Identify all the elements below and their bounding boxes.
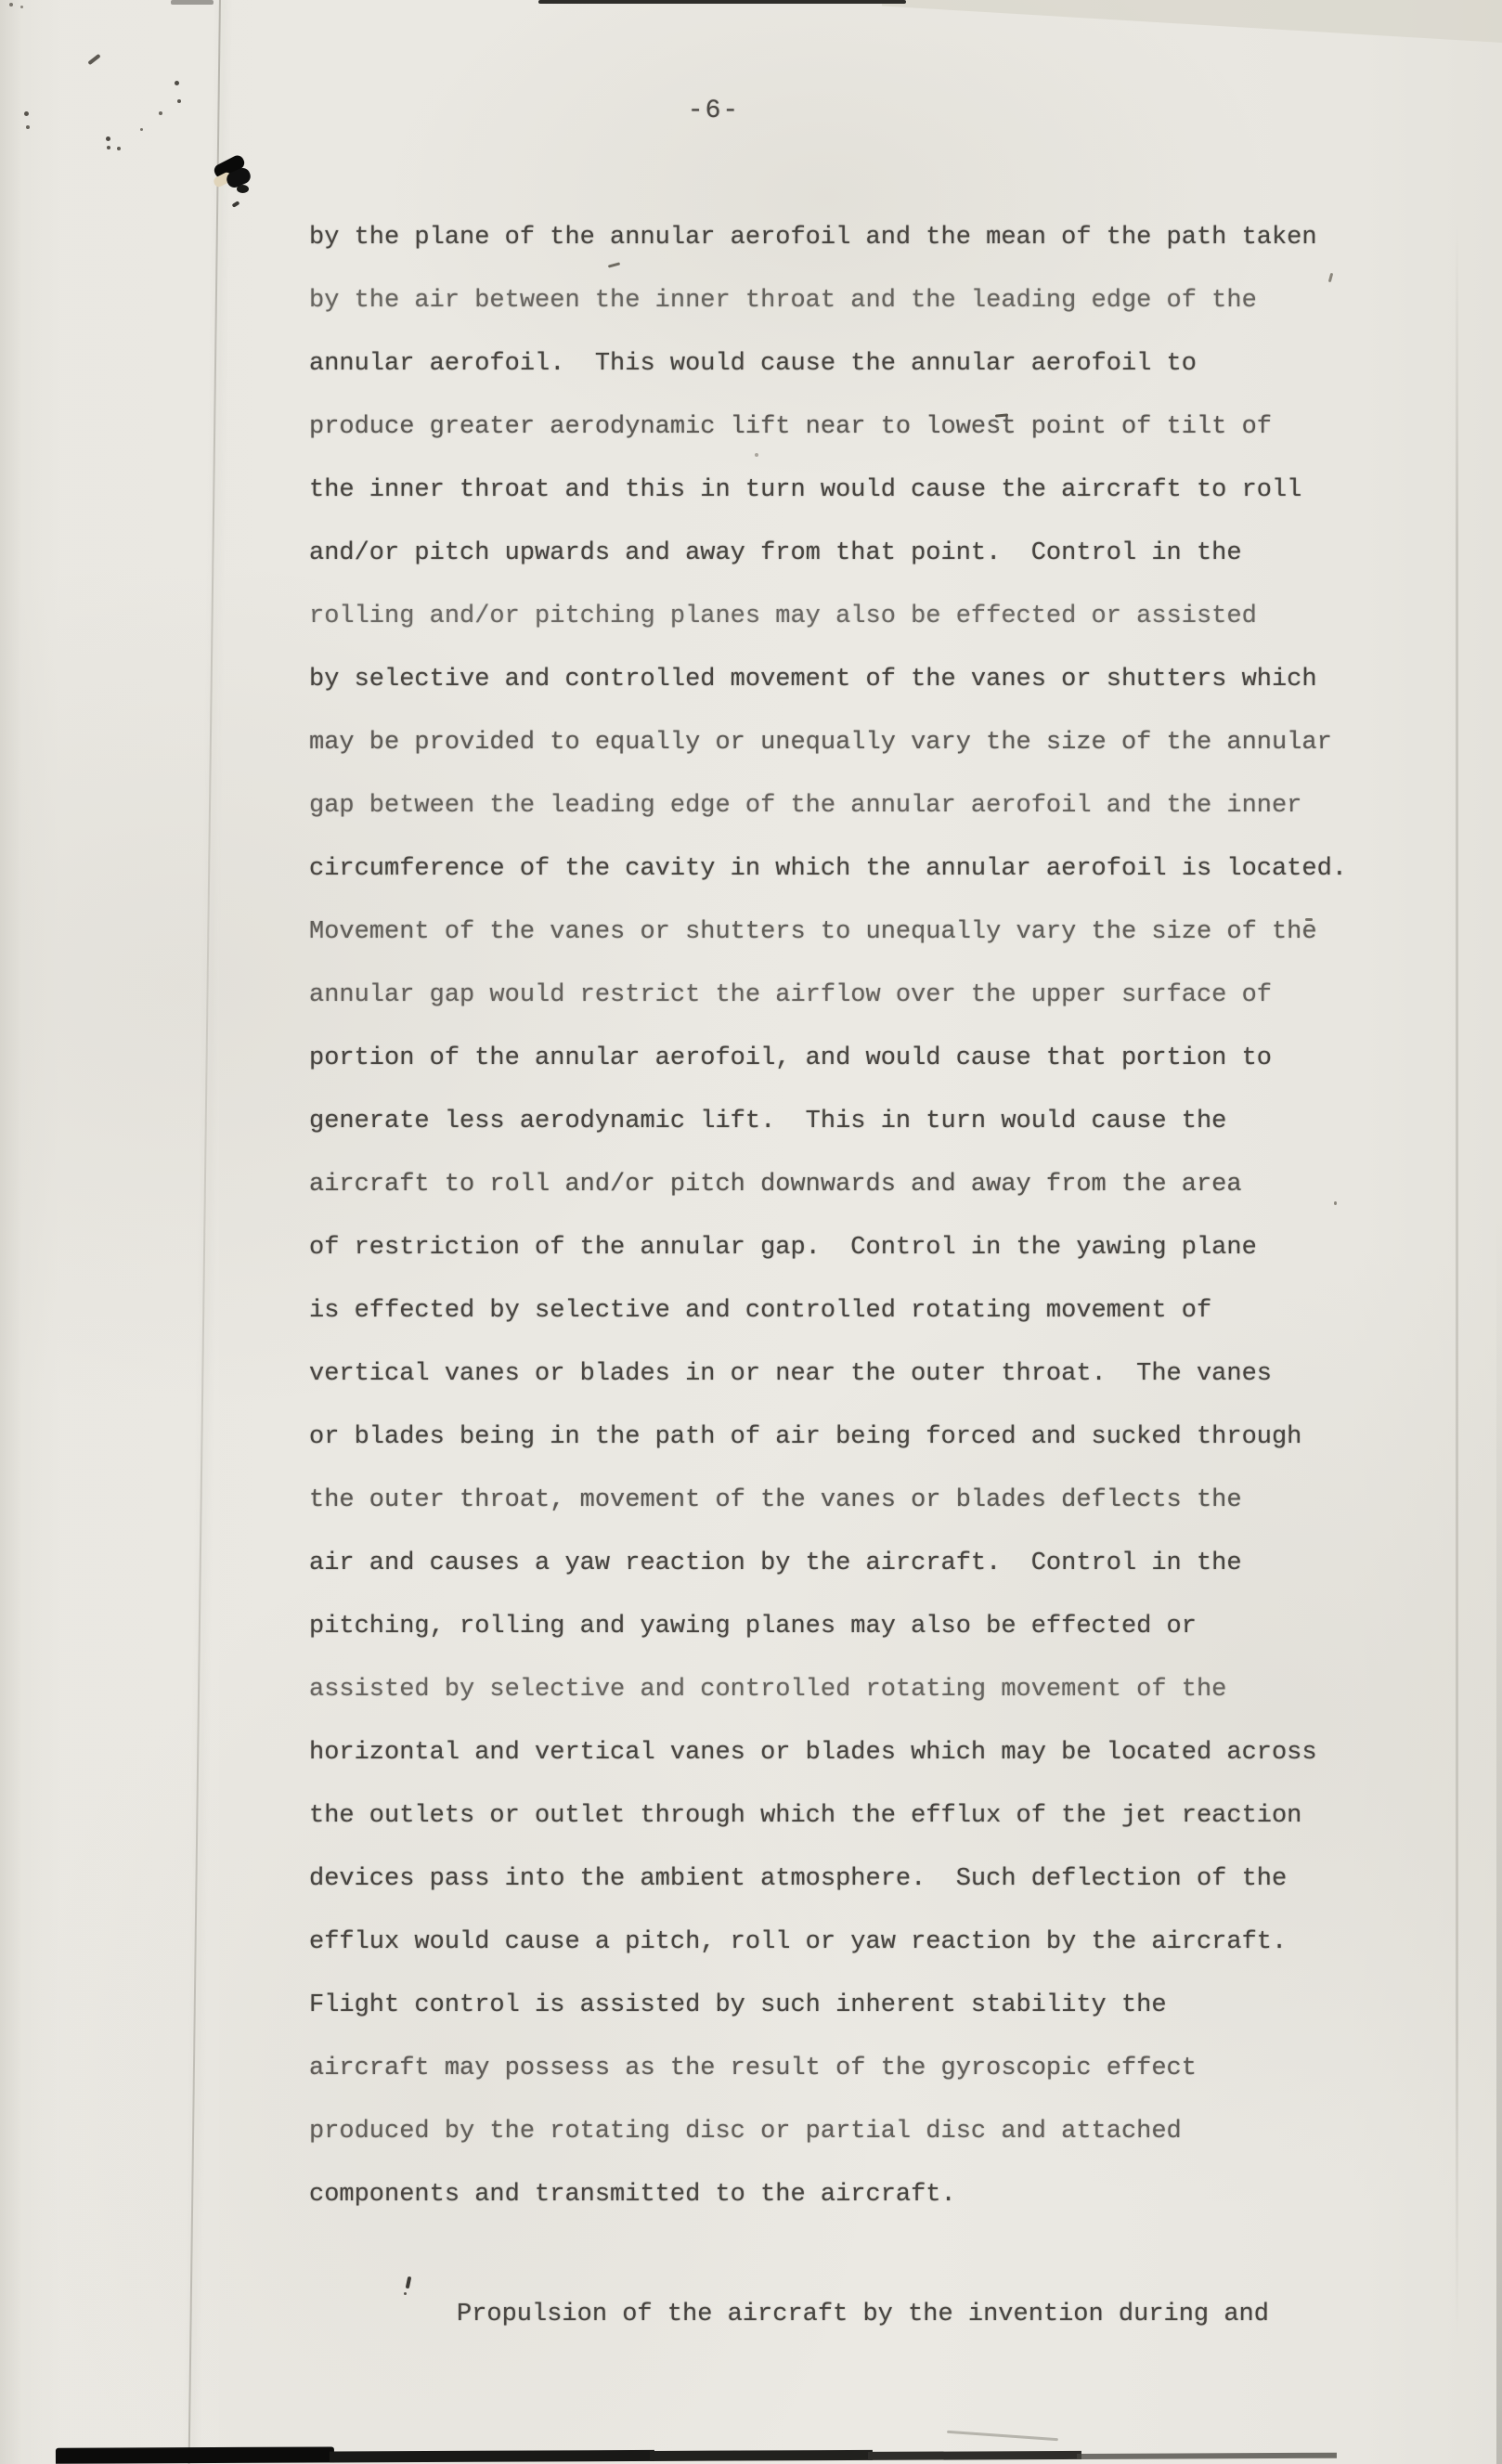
text-line: portion of the annular aerofoil, and wou… (309, 1027, 1395, 1090)
text-line: gap between the leading edge of the annu… (309, 774, 1395, 837)
scan-top-smudge (171, 0, 214, 5)
text-line: by the plane of the annular aerofoil and… (309, 206, 1395, 269)
speckle (175, 81, 179, 85)
text-line: and/or pitch upwards and away from that … (309, 522, 1395, 585)
text-line: air and causes a yaw reaction by the air… (309, 1532, 1395, 1595)
text-line: rolling and/or pitching planes may also … (309, 585, 1395, 648)
closing-paragraph-line: Propulsion of the aircraft by the invent… (457, 2283, 1269, 2346)
speckle (106, 136, 110, 141)
speckle (20, 6, 23, 8)
speckle (159, 111, 162, 115)
text-line: the inner throat and this in turn would … (309, 459, 1395, 522)
text-line: Flight control is assisted by such inher… (309, 1974, 1395, 2037)
text-line: aircraft may possess as the result of th… (309, 2037, 1395, 2100)
speckle (24, 111, 29, 116)
text-line: produce greater aerodynamic lift near to… (309, 396, 1395, 459)
text-line: Movement of the vanes or shutters to une… (309, 901, 1395, 964)
text-line: the outer throat, movement of the vanes … (309, 1469, 1395, 1532)
scanned-document-page: -6- by the plane of the annular aerofoil… (0, 0, 1502, 2464)
text-line: circumference of the cavity in which the… (309, 837, 1395, 901)
scan-corner-shadow (882, 0, 1502, 43)
speckle (140, 128, 143, 131)
page-margin-strip (0, 0, 219, 2464)
text-line: by selective and controlled movement of … (309, 648, 1395, 711)
text-line: by the air between the inner throat and … (309, 269, 1395, 332)
speckle (26, 125, 30, 129)
text-line: vertical vanes or blades in or near the … (309, 1342, 1395, 1406)
paper-crease (1456, 223, 1458, 2340)
text-line: is effected by selective and controlled … (309, 1279, 1395, 1342)
text-line: annular gap would restrict the airflow o… (309, 964, 1395, 1027)
apostrophe-mark (406, 2276, 412, 2289)
text-line: assisted by selective and controlled rot… (309, 1658, 1395, 1721)
speckle (404, 2292, 407, 2295)
text-line: annular aerofoil. This would cause the a… (309, 332, 1395, 396)
text-line: or blades being in the path of air being… (309, 1406, 1395, 1469)
scan-right-edge (1496, 1207, 1502, 2464)
body-text: by the plane of the annular aerofoil and… (309, 206, 1395, 2226)
speckle (177, 99, 181, 103)
speckle (117, 147, 121, 150)
page-number: -6- (658, 97, 770, 125)
text-line: horizontal and vertical vanes or blades … (309, 1721, 1395, 1784)
text-line: pitching, rolling and yawing planes may … (309, 1595, 1395, 1658)
text-line: produced by the rotating disc or partial… (309, 2100, 1395, 2163)
scan-top-edge-line (538, 0, 906, 4)
scan-bottom-edge (0, 2435, 1502, 2464)
text-line: aircraft to roll and/or pitch downwards … (309, 1153, 1395, 1216)
ink-blob (212, 154, 258, 219)
text-line: efflux would cause a pitch, roll or yaw … (309, 1911, 1395, 1974)
text-line: may be provided to equally or unequally … (309, 711, 1395, 774)
text-line: devices pass into the ambient atmosphere… (309, 1848, 1395, 1911)
text-line: generate less aerodynamic lift. This in … (309, 1090, 1395, 1153)
text-line: components and transmitted to the aircra… (309, 2163, 1395, 2226)
speckle (9, 3, 13, 6)
text-line: of restriction of the annular gap. Contr… (309, 1216, 1395, 1279)
speckle (107, 146, 110, 149)
text-line: the outlets or outlet through which the … (309, 1784, 1395, 1848)
